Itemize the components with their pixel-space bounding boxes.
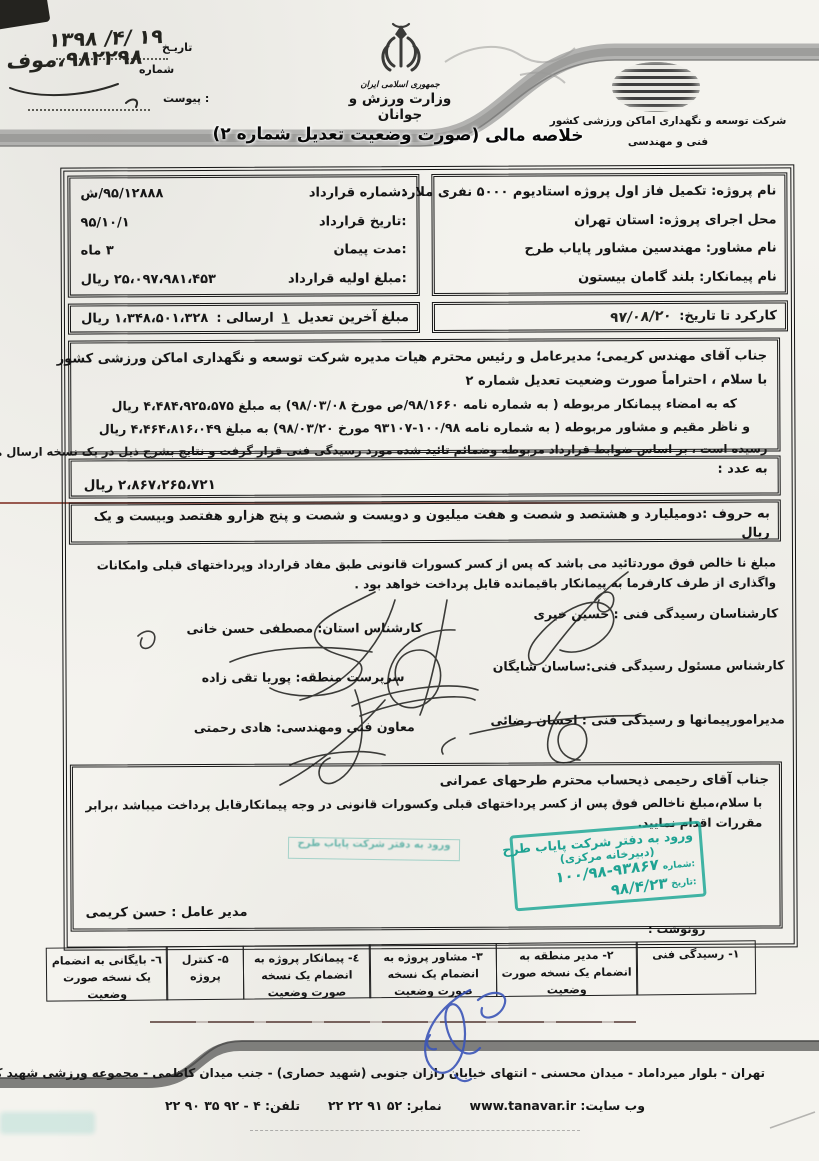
faint-stamp-text: ورود به دفتر شرکت پایاب طرح [289, 838, 459, 851]
letter-line-2: با سلام ، احتراماً صورت وضعیت تعدیل شمار… [81, 369, 767, 395]
signatory-province-expert: کارشناس استان: مصطفی حسن خانی [186, 620, 422, 636]
attachment-label: پیوست : [163, 92, 209, 105]
footer-fax: نمابر: ۵۲ ۹۱ ۲۲ ۲۲ [328, 1098, 442, 1113]
amount-numeric-label: به عدد : [718, 462, 768, 477]
footer-website-url: www.tanavar.ir [470, 1098, 577, 1113]
contract-date-label: تاریخ قرارداد: [319, 208, 407, 237]
copies-cell-5: ۵- کنترل پروژه [166, 946, 245, 1001]
pencil-scribble [445, 47, 575, 83]
contract-duration-value: ۳ ماه [81, 237, 114, 266]
footer-dashed-line [250, 1130, 580, 1131]
scan-artifact-teal-smudge [0, 1112, 95, 1134]
signatory-contracts-manager: مدیرامورپیمانها و رسیدگی فنی : احسان رضا… [490, 711, 784, 727]
amount-numeric-value: ۲،۸۶۷،۲۶۵،۷۲۱ ریال [84, 477, 216, 494]
amount-words-box: به حروف :دومیلیارد و هشتصد و شصت و هفت م… [69, 499, 781, 544]
footer-website: وب سایت: www.tanavar.ir [470, 1098, 645, 1113]
footer-phone: تلفن: ۴ - ۹۲ ۳۵ ۹۰ ۲۲ [165, 1098, 300, 1113]
company-globe-logo [612, 62, 700, 112]
last-adjustment-value: ۱،۳۴۸،۵۰۱،۳۲۸ ریال [81, 308, 208, 331]
last-adjustment-row: مبلغ آخرین تعدیل ۱ ارسالی : ۱،۳۴۸،۵۰۱،۳۲… [79, 307, 409, 330]
contractor-label: نام پیمانکار: [699, 269, 777, 284]
stamp-date-label: تاریخ: [671, 877, 697, 889]
footer-contact-line: تلفن: ۴ - ۹۲ ۳۵ ۹۰ ۲۲ نمابر: ۵۲ ۹۱ ۲۲ ۲۲… [165, 1098, 645, 1113]
project-location-row: محل اجرای پروژه: استان تهران [442, 206, 776, 236]
number-label: شماره [139, 63, 174, 76]
last-adjustment-label-num: ۱ [282, 308, 290, 330]
contract-duration-row: مدت پیمان:۳ ماه [81, 236, 407, 266]
faint-partial-stamp: ورود به دفتر شرکت پایاب طرح [288, 837, 460, 861]
pen-mark-bottom-right [770, 1112, 815, 1128]
worked-until-box: کارکرد تا تاریخ: ۹۷/۰۸/۲۰ [432, 300, 788, 333]
project-name-row: نام پروژه: تکمیل فاز اول پروژه استادیوم … [442, 177, 776, 207]
contract-info-box: شماره قرارداد:۹۵/۱۲۸۸۸/ش تاریخ قرارداد:۹… [67, 174, 420, 298]
document-title: خلاصه مالی (صورت وضعیت تعدیل شماره ۲) [208, 124, 588, 146]
signatory-technical-deputy: معاون فنی ومهندسی: هادی رحمتی [194, 719, 415, 735]
copies-cell-3: ۳- مشاور پروژه به انضمام یک نسخه صورت وض… [369, 943, 498, 998]
initial-amount-label: مبلغ اولیه قرارداد: [288, 265, 407, 294]
copies-cell-4: ٤- پیمانکار پروژه به انضمام یک نسخه صورت… [243, 944, 372, 999]
date-label: تاریـخ [162, 41, 192, 54]
letterhead-pen-tail [10, 84, 137, 107]
confirmation-paragraph: مبلغ نا خالص فوق موردتائید می باشد که پس… [74, 552, 776, 595]
worked-until-value: ۹۷/۰۸/۲۰ [608, 305, 672, 329]
consultant-label: نام مشاور: [706, 240, 777, 255]
company-department: فنی و مهندسی [598, 136, 738, 148]
copies-cell-6: ٦- بایگانی به انضمام یک نسخه صورت وضعیت [46, 946, 169, 1001]
consultant-row: نام مشاور: مهندسین مشاور پایاب طرح [443, 234, 777, 264]
project-info-box: نام پروژه: تکمیل فاز اول پروژه استادیوم … [431, 172, 788, 296]
footer-web-label: وب سایت: [580, 1098, 645, 1113]
iran-emblem-icon [376, 22, 426, 80]
last-adjustment-box: مبلغ آخرین تعدیل ۱ ارسالی : ۱،۳۴۸،۵۰۱،۳۲… [68, 302, 420, 335]
footer-address: تهران - بلوار میرداماد - میدان محسنی - ا… [85, 1066, 765, 1080]
signatory-review-experts: کارشناسان رسیدگی فنی : حسین خیری [533, 605, 778, 621]
contract-date-row: تاریخ قرارداد:۹۵/۱۰/۱ [80, 208, 406, 238]
letter-body-box: جناب آقای مهندس کریمی؛ مدیرعامل و رئیس م… [68, 337, 780, 454]
copies-cell-1: ۱- رسیدگی فنی [636, 940, 757, 995]
project-name-value: تکمیل فاز اول پروژه استادیوم ۵۰۰۰ نفری م… [401, 184, 706, 200]
consultant-value: مهندسین مشاور پایاب طرح [525, 241, 702, 257]
worked-until-label: کارکرد تا تاریخ: [679, 305, 777, 327]
worked-until-row: کارکرد تا تاریخ: ۹۷/۰۸/۲۰ [443, 305, 777, 328]
scan-artifact-corner [0, 0, 50, 30]
project-name-label: نام پروژه: [711, 183, 776, 198]
payment-heading: جناب آقای رحیمی ذیحساب محترم طرحهای عمرا… [83, 769, 769, 796]
copies-label: رونوشت : [648, 922, 705, 936]
contract-duration-label: مدت پیمان: [333, 236, 406, 265]
contractor-value: بلند گامان بیستون [578, 269, 695, 285]
project-location-value: استان تهران [574, 213, 654, 228]
attachment-dotted-line [28, 108, 150, 111]
scan-artifact-dark-line [150, 1021, 636, 1023]
copies-cell-2: ۲- مدیر منطقه به انضمام یک نسخه صورت وضع… [495, 941, 638, 996]
project-location-label: محل اجرای پروژه: [659, 212, 777, 228]
registry-entry-stamp: ورود به دفتر شرکت پایاب طرح (دبیرخانه مر… [509, 821, 706, 912]
ceo-signature-line: مدیر عامل : حسن کریمی [86, 905, 248, 921]
amount-words-value: دومیلیارد و هشتصد و شصت و هفت میلیون و د… [94, 507, 770, 541]
republic-caption: جمهوری اسلامی ایران [340, 80, 460, 90]
contract-number-value: ۹۵/۱۲۸۸۸/ش [80, 180, 163, 209]
last-adjustment-label-pre: مبلغ آخرین تعدیل [298, 307, 409, 329]
letter-line-1: جناب آقای مهندس کریمی؛ مدیرعامل و رئیس م… [81, 345, 767, 372]
contractor-row: نام پیمانکار: بلند گامان بیستون [443, 263, 777, 293]
letter-line-4: و ناظر مقیم و مشاور مربوطه ( به شماره نا… [81, 415, 767, 441]
ministry-title: وزارت ورزش و جوانان [330, 91, 470, 123]
scanned-document-page: ۱۳۹۸ /۴/ ۱۹ تاریـخ شماره ۹۸۲۲۹۸،موف پیوس… [0, 0, 819, 1161]
handwritten-number: ۹۸۲۲۹۸،موف [4, 45, 146, 74]
contract-number-label: شماره قرارداد: [309, 179, 407, 208]
stamp-number-label: شماره: [662, 859, 695, 872]
distribution-table: ۱- رسیدگی فنی ۲- مدیر منطقه به انضمام یک… [40, 940, 757, 1001]
contract-date-value: ۹۵/۱۰/۱ [80, 209, 129, 238]
footer-swoosh [0, 1030, 819, 1161]
amount-numeric-box: به عدد : ۲،۸۶۷،۲۶۵،۷۲۱ ریال [69, 455, 781, 498]
last-adjustment-label-post: ارسالی : [216, 308, 273, 330]
initial-amount-row: مبلغ اولیه قرارداد:۲۵،۰۹۷،۹۸۱،۴۵۳ ریال [81, 265, 407, 295]
amount-words-label: به حروف : [702, 507, 770, 522]
signatory-lead-expert: کارشناس مسئول رسیدگی فنی:ساسان شایگان [493, 657, 785, 673]
signatory-region-supervisor: سرپرست منطقه: پوریا تقی زاده [202, 669, 405, 685]
letter-line-3: که به امضاء پیمانکار مربوطه ( به شماره ن… [81, 392, 767, 418]
initial-amount-value: ۲۵،۰۹۷،۹۸۱،۴۵۳ ریال [81, 265, 216, 294]
contract-number-row: شماره قرارداد:۹۵/۱۲۸۸۸/ش [80, 179, 406, 209]
